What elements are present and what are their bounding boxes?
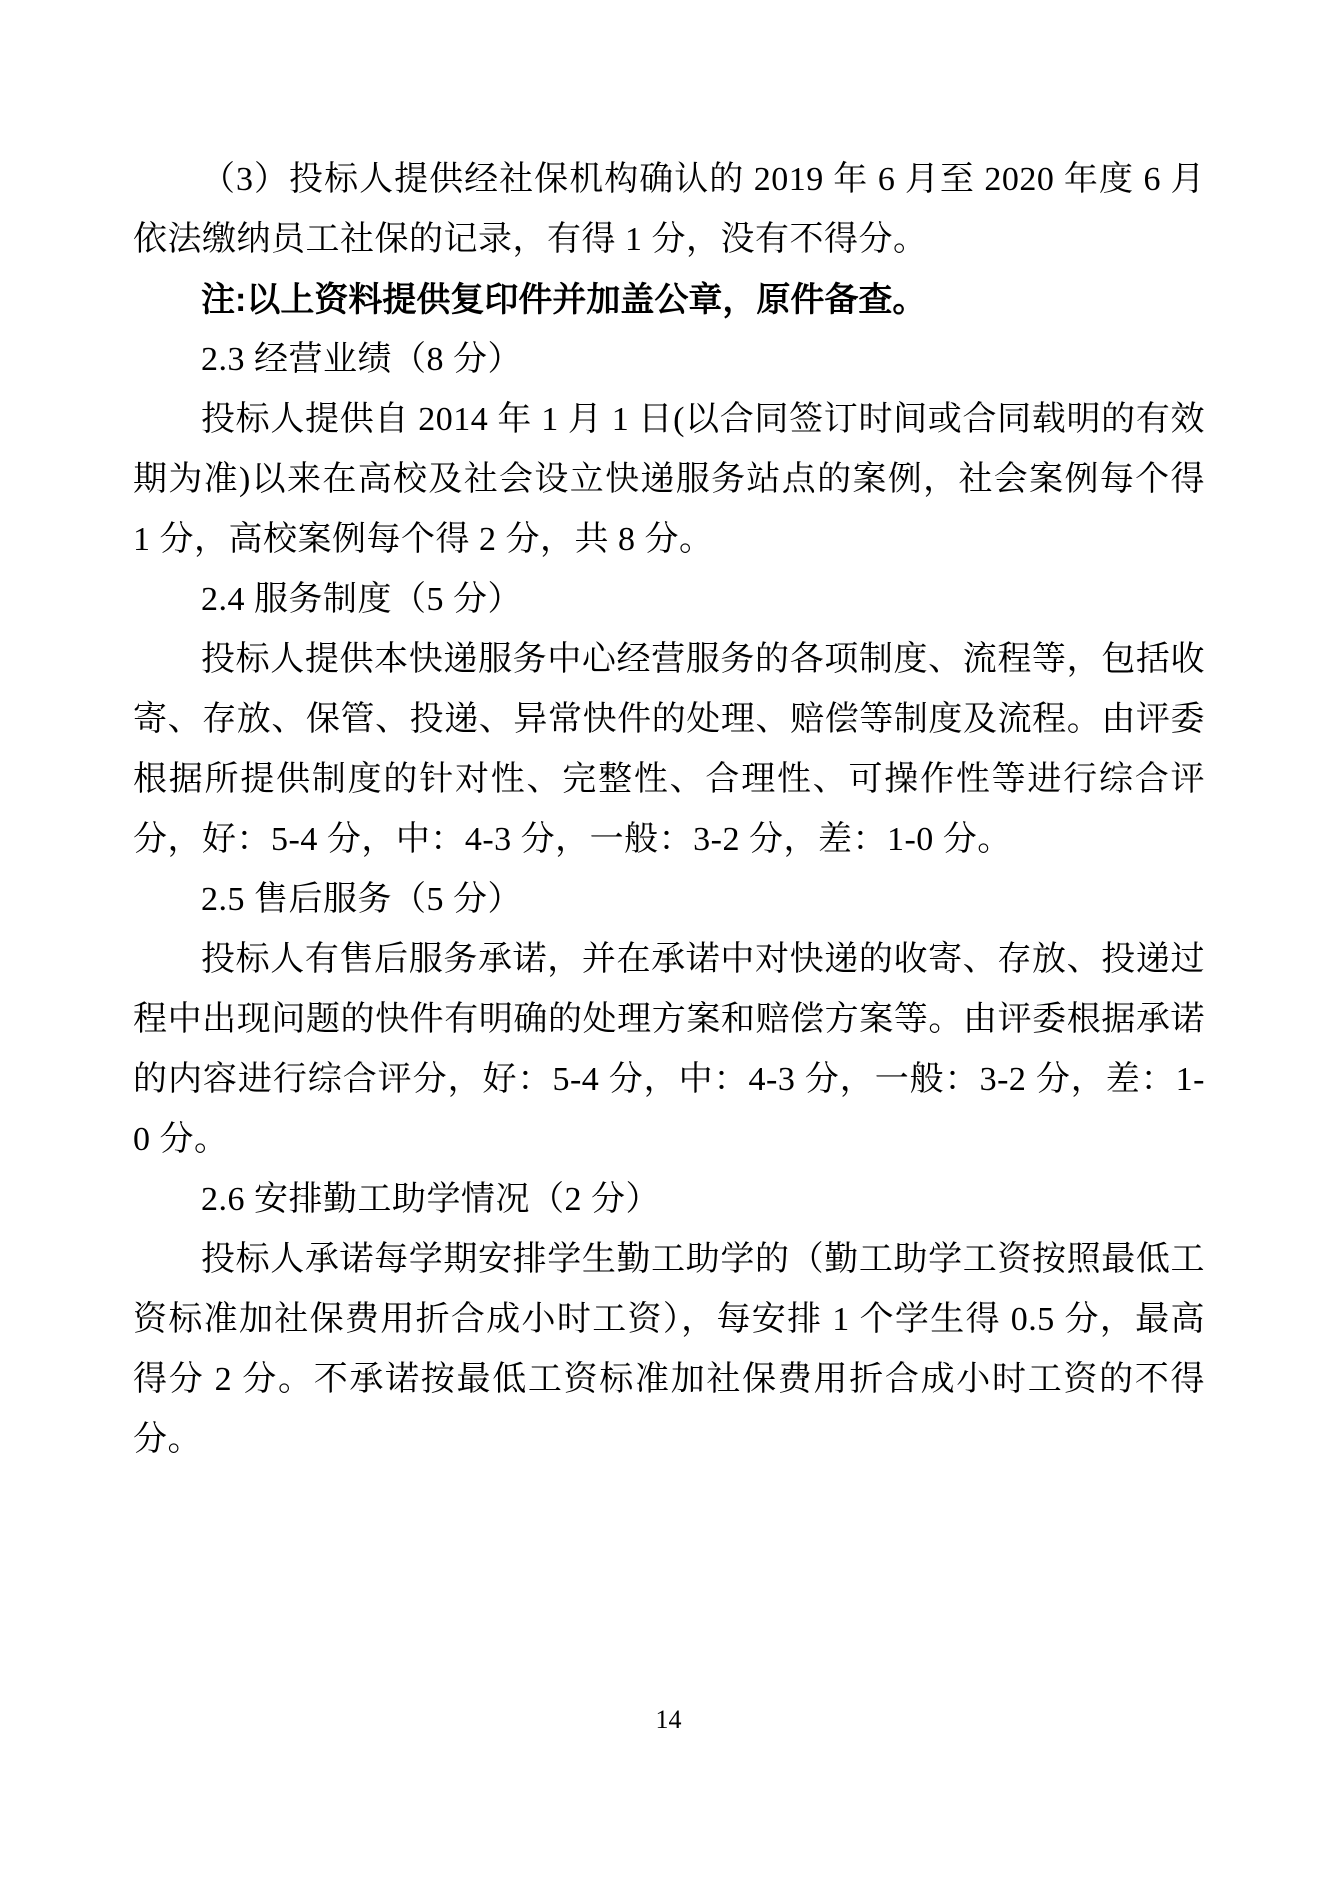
section-2-3-body: 投标人提供自 2014 年 1 月 1 日(以合同签订时间或合同载明的有效期为准…: [133, 390, 1205, 570]
section-2-6-heading: 2.6 安排勤工助学情况（2 分）: [133, 1170, 1205, 1230]
section-2-6-body: 投标人承诺每学期安排学生勤工助学的（勤工助学工资按照最低工资标准加社保费用折合成…: [133, 1230, 1205, 1470]
section-2-5-body: 投标人有售后服务承诺，并在承诺中对快递的收寄、存放、投递过程中出现问题的快件有明…: [133, 930, 1205, 1170]
document-body: （3）投标人提供经社保机构确认的 2019 年 6 月至 2020 年度 6 月…: [133, 150, 1205, 1470]
note-paragraph: 注:以上资料提供复印件并加盖公章，原件备查。: [133, 270, 1205, 330]
clause-3-social-insurance-paragraph: （3）投标人提供经社保机构确认的 2019 年 6 月至 2020 年度 6 月…: [133, 150, 1205, 270]
section-2-3-heading: 2.3 经营业绩（8 分）: [133, 330, 1205, 390]
section-2-5-heading: 2.5 售后服务（5 分）: [133, 870, 1205, 930]
document-page: （3）投标人提供经社保机构确认的 2019 年 6 月至 2020 年度 6 月…: [0, 0, 1337, 1891]
page-number: 14: [0, 1705, 1337, 1735]
section-2-4-heading: 2.4 服务制度（5 分）: [133, 570, 1205, 630]
section-2-4-body: 投标人提供本快递服务中心经营服务的各项制度、流程等，包括收寄、存放、保管、投递、…: [133, 630, 1205, 870]
